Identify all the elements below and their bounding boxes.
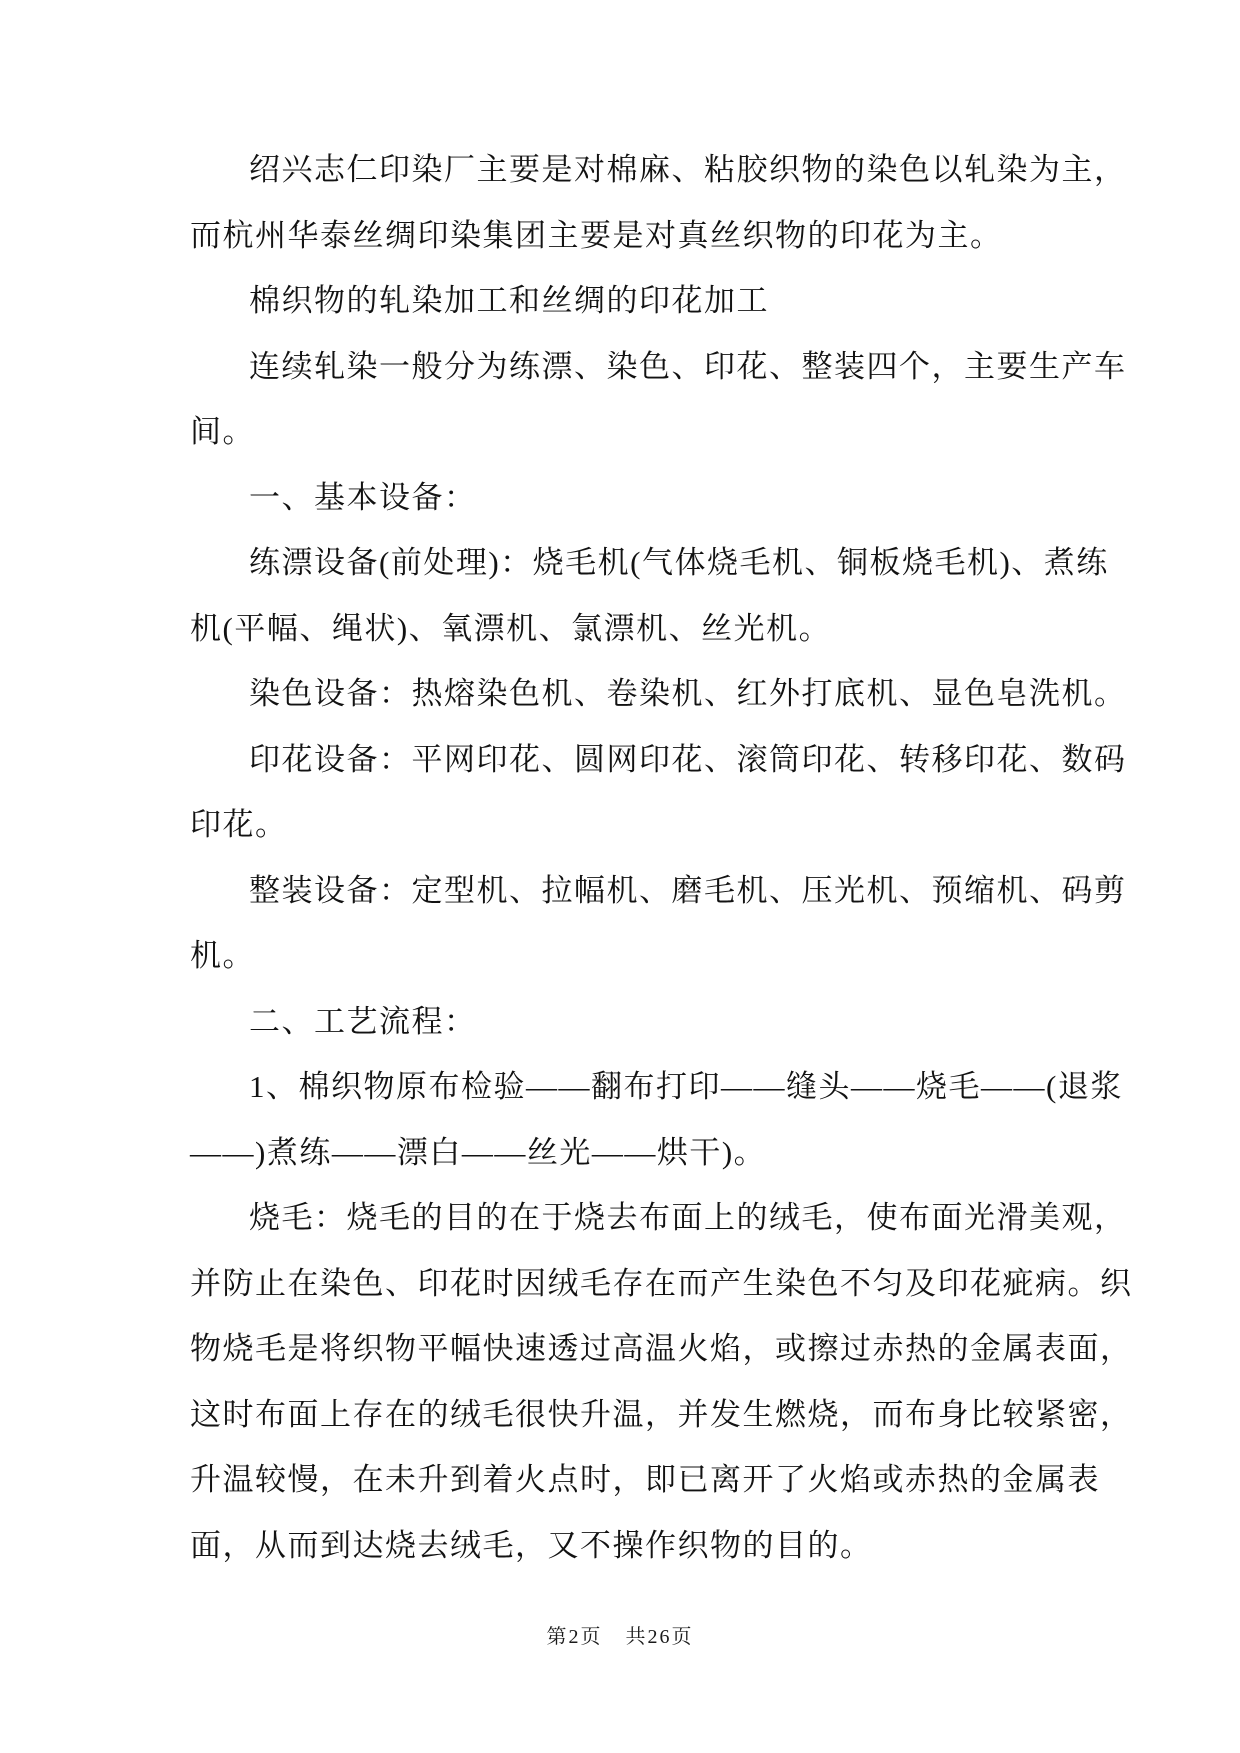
document-body: 绍兴志仁印染厂主要是对棉麻、粘胶织物的染色以轧染为主， 而杭州华泰丝绸印染集团主… <box>190 137 1130 1578</box>
text-line: 升温较慢，在未升到着火点时，即已离开了火焰或赤热的金属表 <box>190 1447 1130 1513</box>
page-footer: 第2页 共26页 <box>0 1620 1240 1649</box>
text-line: 面，从而到达烧去绒毛，又不操作织物的目的。 <box>190 1513 1130 1579</box>
text-line: 1、棉织物原布检验——翻布打印——缝头——烧毛——(退浆 <box>190 1054 1130 1120</box>
text-line: 烧毛：烧毛的目的在于烧去布面上的绒毛，使布面光滑美观， <box>190 1185 1130 1251</box>
text-line: 二、工艺流程： <box>190 989 1130 1055</box>
text-line: 并防止在染色、印花时因绒毛存在而产生染色不匀及印花疵病。织 <box>190 1251 1130 1317</box>
text-line: 连续轧染一般分为练漂、染色、印花、整装四个，主要生产车 <box>190 334 1130 400</box>
text-line: 这时布面上存在的绒毛很快升温，并发生燃烧，而布身比较紧密， <box>190 1382 1130 1448</box>
text-line: 印花设备：平网印花、圆网印花、滚筒印花、转移印花、数码 <box>190 727 1130 793</box>
text-line: 印花。 <box>190 792 1130 858</box>
page-number: 第2页 <box>547 1626 603 1648</box>
text-line: 整装设备：定型机、拉幅机、磨毛机、压光机、预缩机、码剪 <box>190 858 1130 924</box>
text-line: 绍兴志仁印染厂主要是对棉麻、粘胶织物的染色以轧染为主， <box>190 137 1130 203</box>
text-line: 一、基本设备： <box>190 465 1130 531</box>
text-line: 物烧毛是将织物平幅快速透过高温火焰，或擦过赤热的金属表面， <box>190 1316 1130 1382</box>
text-line: 棉织物的轧染加工和丝绸的印花加工 <box>190 268 1130 334</box>
total-pages: 共26页 <box>626 1626 694 1648</box>
text-line: 机(平幅、绳状)、氧漂机、氯漂机、丝光机。 <box>190 596 1130 662</box>
text-line: 染色设备：热熔染色机、卷染机、红外打底机、显色皂洗机。 <box>190 661 1130 727</box>
text-line: 间。 <box>190 399 1130 465</box>
text-line: 而杭州华泰丝绸印染集团主要是对真丝织物的印花为主。 <box>190 203 1130 269</box>
text-line: ——)煮练——漂白——丝光——烘干)。 <box>190 1120 1130 1186</box>
text-line: 机。 <box>190 923 1130 989</box>
text-line: 练漂设备(前处理)：烧毛机(气体烧毛机、铜板烧毛机)、煮练 <box>190 530 1130 596</box>
